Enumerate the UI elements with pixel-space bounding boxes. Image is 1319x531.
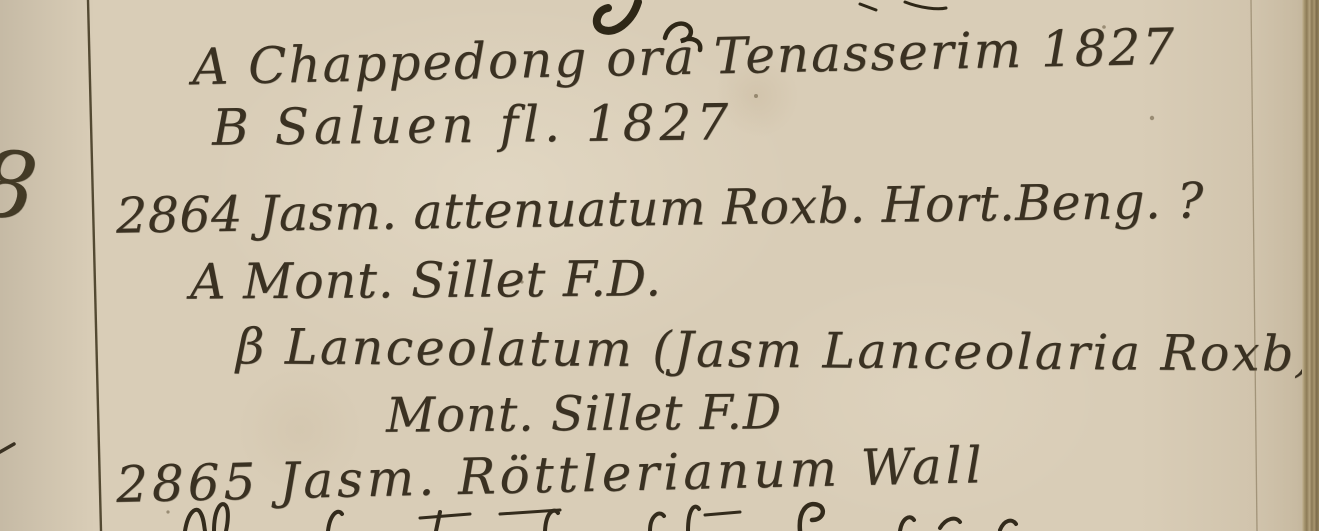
entry-locality-line-b: B Saluen fl. 1827 <box>212 93 734 156</box>
entry-2864-variety-line: β Lanceolatum (Jasm Lanceolaria Roxb) <box>236 318 1318 383</box>
entry-2864-species-line: 2864 Jasm. attenuatum Roxb. Hort.Beng. ? <box>116 172 1205 244</box>
ruled-margin-line <box>88 0 101 531</box>
margin-partial-numeral: 8 <box>0 129 43 242</box>
book-page-edge <box>1302 0 1319 531</box>
manuscript-page: 8 A Chappedong ora Tenasserim 1827 B Sal… <box>0 0 1319 531</box>
entry-2865-species-line: 2865 Jasm. Röttlerianum Wall <box>115 436 986 514</box>
entry-locality-line-a: A Chappedong ora Tenasserim 1827 <box>192 18 1177 97</box>
cutoff-left-edge-stroke <box>0 444 14 452</box>
crease-line <box>1251 0 1257 531</box>
entry-2864-locality-line: A Mont. Sillet F.D. <box>190 250 662 310</box>
entry-2864-variety-locality-line: Mont. Sillet F.D <box>386 384 783 443</box>
